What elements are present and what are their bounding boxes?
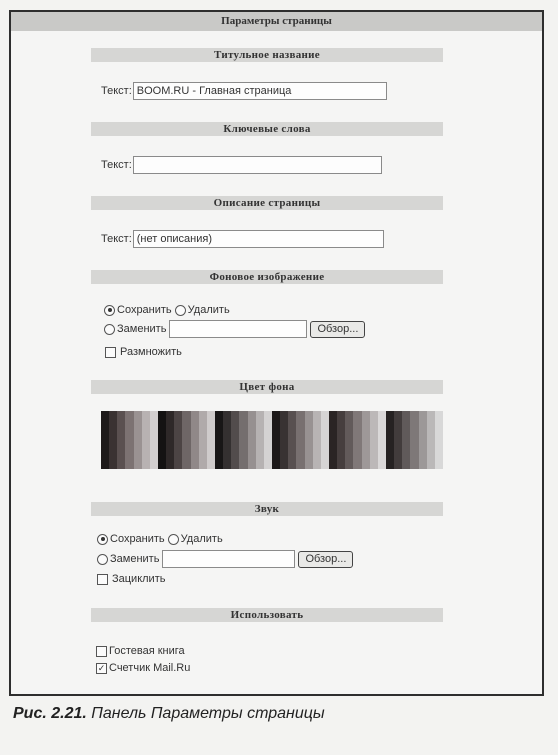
color-swatch[interactable] xyxy=(223,411,231,469)
keywords-row: Текст: xyxy=(101,156,382,174)
color-swatch[interactable] xyxy=(410,411,418,469)
sound-replace-option[interactable]: Заменить xyxy=(97,553,159,565)
color-swatch[interactable] xyxy=(158,411,166,469)
sound-delete-radio[interactable] xyxy=(168,534,179,545)
color-swatch[interactable] xyxy=(280,411,288,469)
color-swatch[interactable] xyxy=(207,411,215,469)
color-swatch[interactable] xyxy=(435,411,443,469)
color-swatch[interactable] xyxy=(402,411,410,469)
color-swatch[interactable] xyxy=(215,411,223,469)
bg-replace-radio[interactable] xyxy=(104,324,115,335)
section-heading-use: Использовать xyxy=(91,608,443,622)
keywords-text-label: Текст: xyxy=(101,159,132,171)
color-swatch[interactable] xyxy=(125,411,133,469)
color-swatch[interactable] xyxy=(386,411,394,469)
sound-keep-label: Сохранить xyxy=(110,533,165,545)
sound-replace-row: Заменить Обзор... xyxy=(97,550,353,568)
counter-row: ✓ Счетчик Mail.Ru xyxy=(96,662,190,674)
color-swatch[interactable] xyxy=(329,411,337,469)
color-swatch[interactable] xyxy=(321,411,329,469)
sound-browse-button[interactable]: Обзор... xyxy=(298,551,353,568)
color-swatch[interactable] xyxy=(142,411,150,469)
color-swatch[interactable] xyxy=(345,411,353,469)
sound-replace-radio[interactable] xyxy=(97,554,108,565)
color-palette[interactable] xyxy=(101,411,443,469)
color-swatch[interactable] xyxy=(166,411,174,469)
bg-keep-label: Сохранить xyxy=(117,304,172,316)
page-parameters-panel: Параметры страницы xyxy=(9,10,544,696)
section-heading-background-color: Цвет фона xyxy=(91,380,443,394)
color-swatch[interactable] xyxy=(239,411,247,469)
color-swatch[interactable] xyxy=(150,411,158,469)
color-swatch[interactable] xyxy=(313,411,321,469)
description-row: Текст: xyxy=(101,230,384,248)
color-swatch[interactable] xyxy=(362,411,370,469)
guestbook-checkbox[interactable] xyxy=(96,646,107,657)
palette-group[interactable] xyxy=(158,411,215,469)
title-text-input[interactable] xyxy=(133,82,387,100)
color-swatch[interactable] xyxy=(101,411,109,469)
bg-replace-label: Заменить xyxy=(117,323,166,335)
description-text-input[interactable] xyxy=(133,230,384,248)
color-swatch[interactable] xyxy=(370,411,378,469)
color-swatch[interactable] xyxy=(419,411,427,469)
bg-tile-checkbox[interactable] xyxy=(105,347,116,358)
sound-keep-radio[interactable] xyxy=(97,534,108,545)
keywords-text-input[interactable] xyxy=(133,156,382,174)
bg-replace-option[interactable]: Заменить xyxy=(104,323,166,335)
section-heading-background-image: Фоновое изображение xyxy=(91,270,443,284)
color-swatch[interactable] xyxy=(134,411,142,469)
color-swatch[interactable] xyxy=(337,411,345,469)
sound-radio-row: Сохранить Удалить xyxy=(97,533,226,545)
color-swatch[interactable] xyxy=(427,411,435,469)
bg-tile-row: Размножить xyxy=(105,346,182,358)
sound-keep-option[interactable]: Сохранить xyxy=(97,533,165,545)
guestbook-label: Гостевая книга xyxy=(109,645,185,657)
color-swatch[interactable] xyxy=(231,411,239,469)
palette-group[interactable] xyxy=(101,411,158,469)
bg-image-radio-row: Сохранить Удалить xyxy=(104,304,233,316)
guestbook-row: Гостевая книга xyxy=(96,645,185,657)
bg-replace-row: Заменить Обзор... xyxy=(104,320,365,338)
color-swatch[interactable] xyxy=(117,411,125,469)
color-swatch[interactable] xyxy=(353,411,361,469)
sound-file-input[interactable] xyxy=(162,550,295,568)
color-swatch[interactable] xyxy=(174,411,182,469)
title-text-label: Текст: xyxy=(101,85,132,97)
palette-group[interactable] xyxy=(329,411,386,469)
counter-label: Счетчик Mail.Ru xyxy=(109,662,190,674)
sound-delete-label: Удалить xyxy=(181,533,223,545)
section-heading-description: Описание страницы xyxy=(91,196,443,210)
sound-loop-label: Зациклить xyxy=(112,573,165,585)
bg-browse-button[interactable]: Обзор... xyxy=(310,321,365,338)
color-swatch[interactable] xyxy=(199,411,207,469)
bg-keep-option[interactable]: Сохранить xyxy=(104,304,172,316)
figure-caption-number: Рис. 2.21. xyxy=(13,705,87,722)
color-swatch[interactable] xyxy=(296,411,304,469)
section-heading-keywords: Ключевые слова xyxy=(91,122,443,136)
color-swatch[interactable] xyxy=(191,411,199,469)
bg-keep-radio[interactable] xyxy=(104,305,115,316)
color-swatch[interactable] xyxy=(182,411,190,469)
title-row: Текст: xyxy=(101,82,387,100)
palette-group[interactable] xyxy=(386,411,443,469)
bg-file-input[interactable] xyxy=(169,320,307,338)
sound-replace-label: Заменить xyxy=(110,553,159,565)
description-text-label: Текст: xyxy=(101,233,132,245)
color-swatch[interactable] xyxy=(264,411,272,469)
bg-delete-label: Удалить xyxy=(188,304,230,316)
palette-group[interactable] xyxy=(215,411,272,469)
panel-title: Параметры страницы xyxy=(11,12,542,31)
section-heading-title: Титульное название xyxy=(91,48,443,62)
counter-checkbox[interactable]: ✓ xyxy=(96,663,107,674)
color-swatch[interactable] xyxy=(256,411,264,469)
color-swatch[interactable] xyxy=(305,411,313,469)
color-swatch[interactable] xyxy=(248,411,256,469)
color-swatch[interactable] xyxy=(272,411,280,469)
sound-loop-checkbox[interactable] xyxy=(97,574,108,585)
bg-tile-label: Размножить xyxy=(120,346,182,358)
section-heading-sound: Звук xyxy=(91,502,443,516)
color-swatch[interactable] xyxy=(378,411,386,469)
bg-delete-radio[interactable] xyxy=(175,305,186,316)
sound-loop-row: Зациклить xyxy=(97,573,165,585)
color-swatch[interactable] xyxy=(109,411,117,469)
color-swatch[interactable] xyxy=(394,411,402,469)
figure-caption-text: Панель Параметры страницы xyxy=(87,705,325,722)
color-swatch[interactable] xyxy=(288,411,296,469)
figure-caption: Рис. 2.21. Панель Параметры страницы xyxy=(13,705,325,723)
palette-group[interactable] xyxy=(272,411,329,469)
sound-delete-option[interactable]: Удалить xyxy=(168,533,223,545)
bg-delete-option[interactable]: Удалить xyxy=(175,304,230,316)
